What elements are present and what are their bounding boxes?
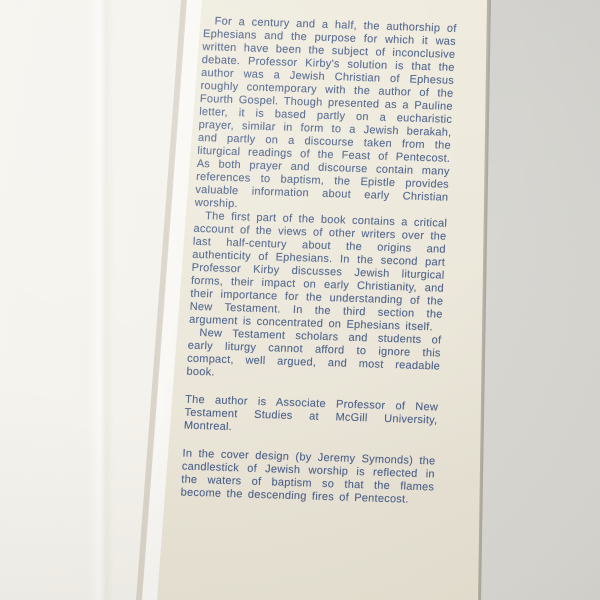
flap-paragraph-book-structure: The first part of the book contains a cr… [189, 210, 448, 335]
flap-paragraph-authorship: For a century and a half, the authorship… [194, 15, 456, 218]
flap-paragraph-cover-design: In the cover design (by Jeremy Symonds) … [180, 448, 435, 508]
book-jacket-photo: For a century and a half, the authorship… [0, 0, 600, 600]
flap-paragraph-recommendation: New Testament scholars and students of e… [186, 327, 441, 387]
flap-text-block: For a century and a half, the authorship… [180, 15, 457, 507]
flap-paragraph-author-bio: The author is Associate Professor of New… [184, 394, 439, 441]
